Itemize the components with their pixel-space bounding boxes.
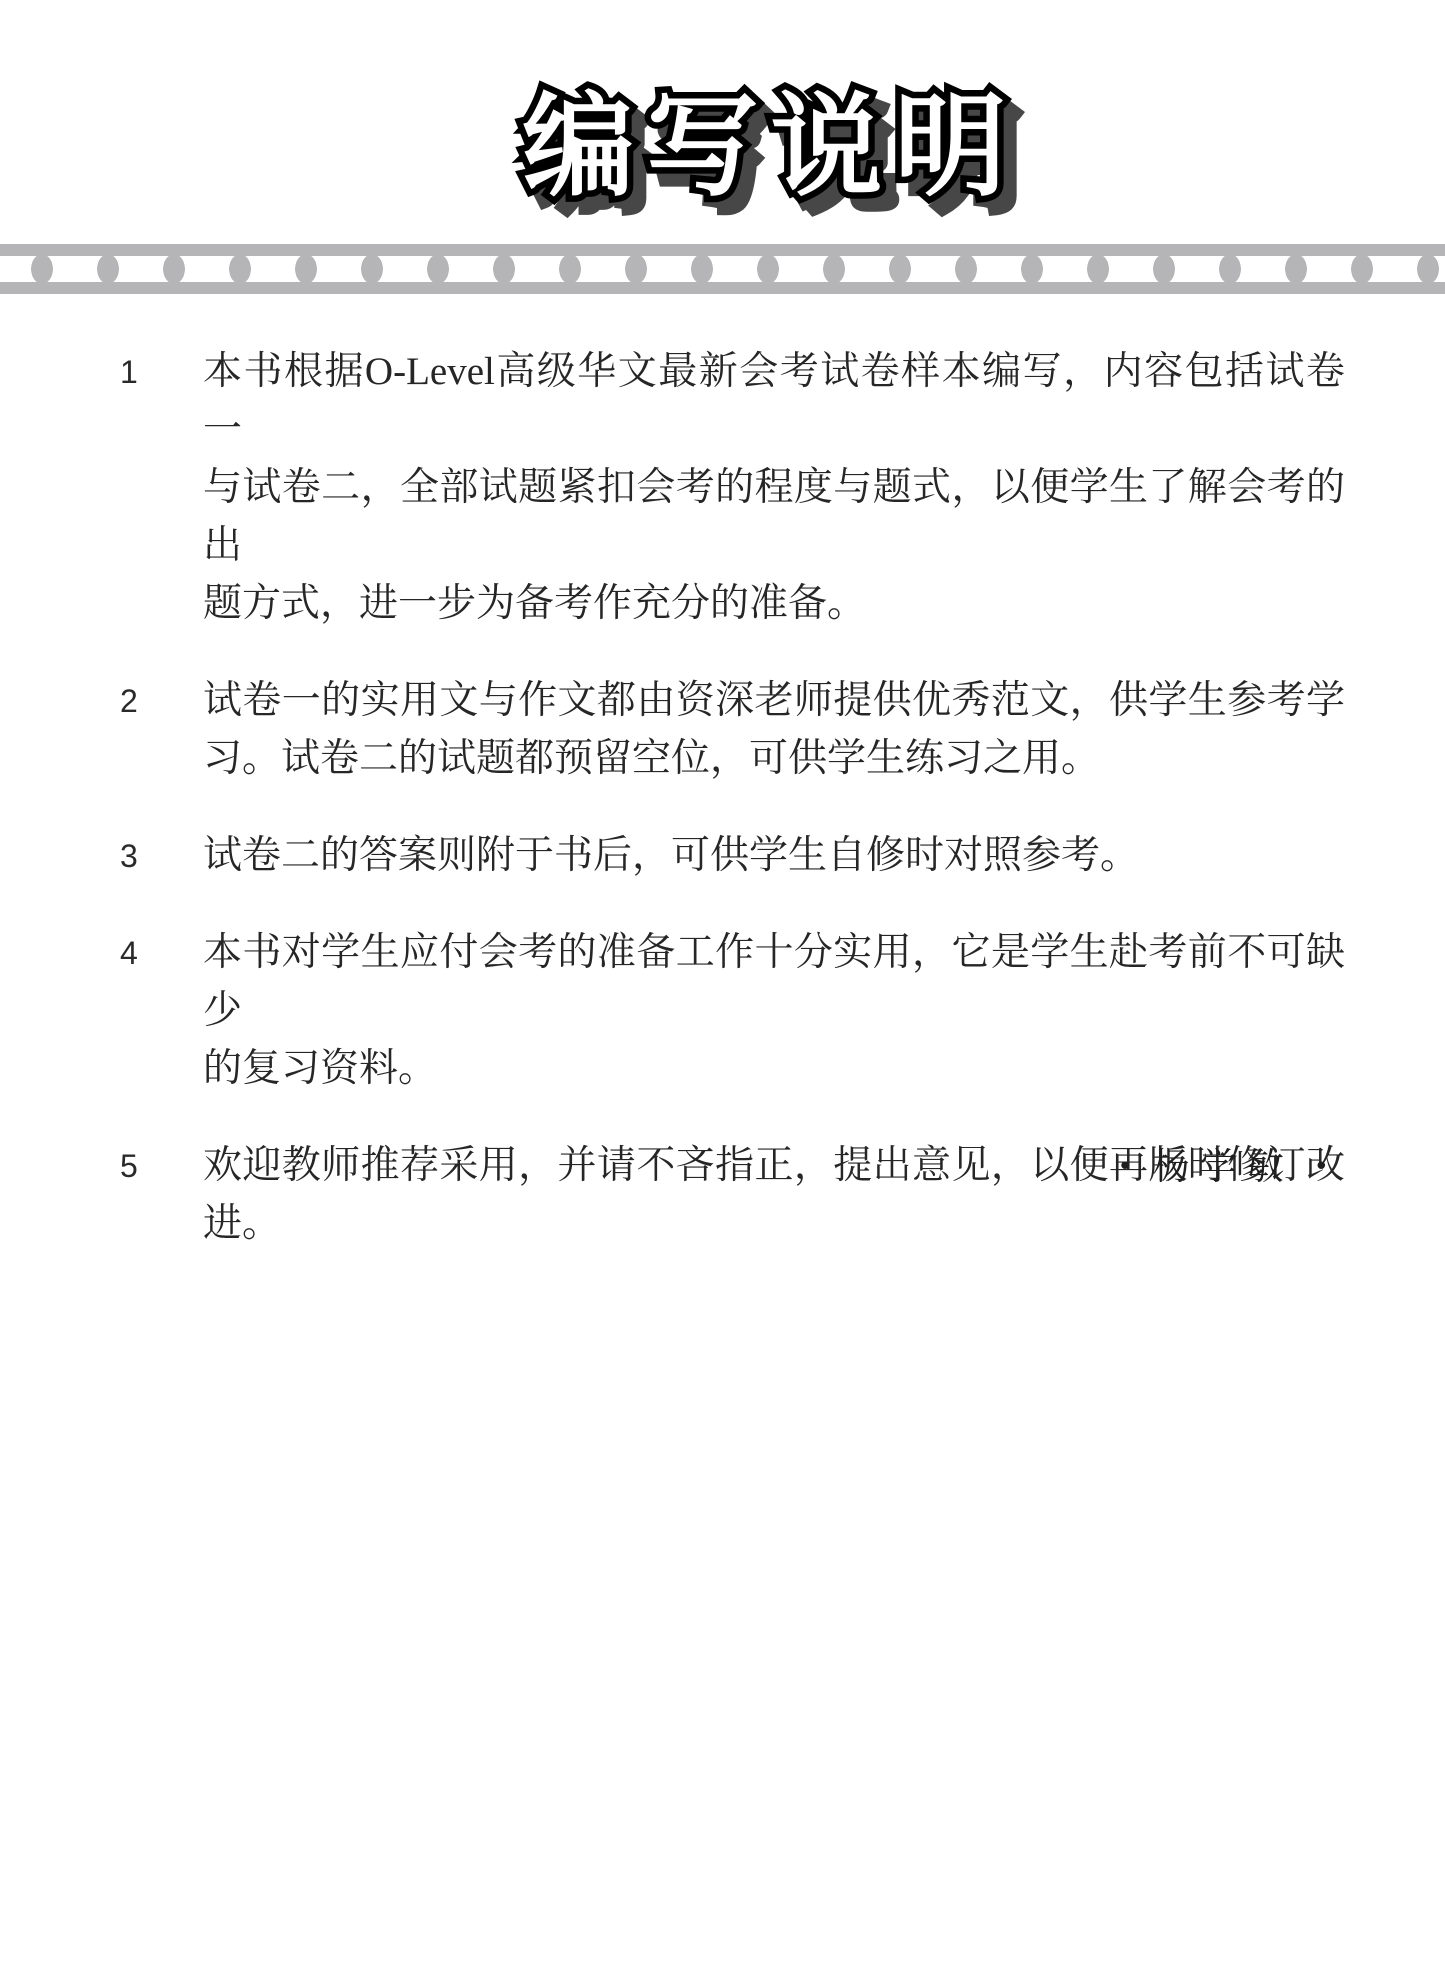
text-line: 本书根据O-Level高级华文最新会考试卷样本编写，内容包括试卷一 [203,343,1345,459]
text-line: 与试卷二，全部试题紧扣会考的程度与题式，以便学生了解会考的出 [203,459,1345,575]
item-text: 试卷二的答案则附于书后，可供学生自修时对照参考。 [203,827,1345,885]
list-item: 2 试卷一的实用文与作文都由资深老师提供优秀范文，供学生参考学习。试卷二的试题都… [120,672,1345,788]
item-number: 5 [120,1137,203,1195]
text-line: 进。 [203,1195,1345,1253]
author-name: 杨学敏 [1153,1142,1294,1192]
list-item: 4 本书对学生应付会考的准备工作十分实用，它是学生赴考前不可缺少的复习资料。 [120,924,1345,1098]
title-main: 编写说明 [523,86,1019,209]
item-text: 本书根据O-Level高级华文最新会考试卷样本编写，内容包括试卷一与试卷二，全部… [203,343,1345,633]
page-title: 编写说明 编写说明 [0,86,1445,209]
item-text: 试卷一的实用文与作文都由资深老师提供优秀范文，供学生参考学习。试卷二的试题都预留… [203,672,1345,788]
item-number: 4 [120,924,203,982]
decorative-band [0,244,1445,294]
band-bottom-bar [0,282,1445,294]
page: 编写说明 编写说明 1 本书根据O-Level高级华文最新会考试卷样本编写，内容… [0,0,1445,1965]
item-number: 1 [120,343,203,401]
item-text: 本书对学生应付会考的准备工作十分实用，它是学生赴考前不可缺少的复习资料。 [203,924,1345,1098]
text-line: 试卷二的答案则附于书后，可供学生自修时对照参考。 [203,827,1345,885]
item-number: 2 [120,672,203,730]
author-left-dot-icon: • [1117,1142,1132,1192]
text-line: 的复习资料。 [203,1040,1345,1098]
list-item: 3 试卷二的答案则附于书后，可供学生自修时对照参考。 [120,827,1345,885]
band-top-bar [0,244,1445,256]
title-text: 编写说明 编写说明 [523,86,1019,209]
item-number: 3 [120,827,203,885]
list-item: 1 本书根据O-Level高级华文最新会考试卷样本编写，内容包括试卷一与试卷二，… [120,343,1345,633]
text-line: 试卷一的实用文与作文都由资深老师提供优秀范文，供学生参考学 [203,672,1345,730]
title-shadow: 编写说明 [536,99,1032,222]
text-line: 习。试卷二的试题都预留空位，可供学生练习之用。 [203,730,1345,788]
author-line: • 杨学敏 • [1117,1142,1329,1192]
author-right-dot-icon: • [1314,1142,1329,1192]
text-line: 本书对学生应付会考的准备工作十分实用，它是学生赴考前不可缺少 [203,924,1345,1040]
text-line: 题方式，进一步为备考作充分的准备。 [203,575,1345,633]
